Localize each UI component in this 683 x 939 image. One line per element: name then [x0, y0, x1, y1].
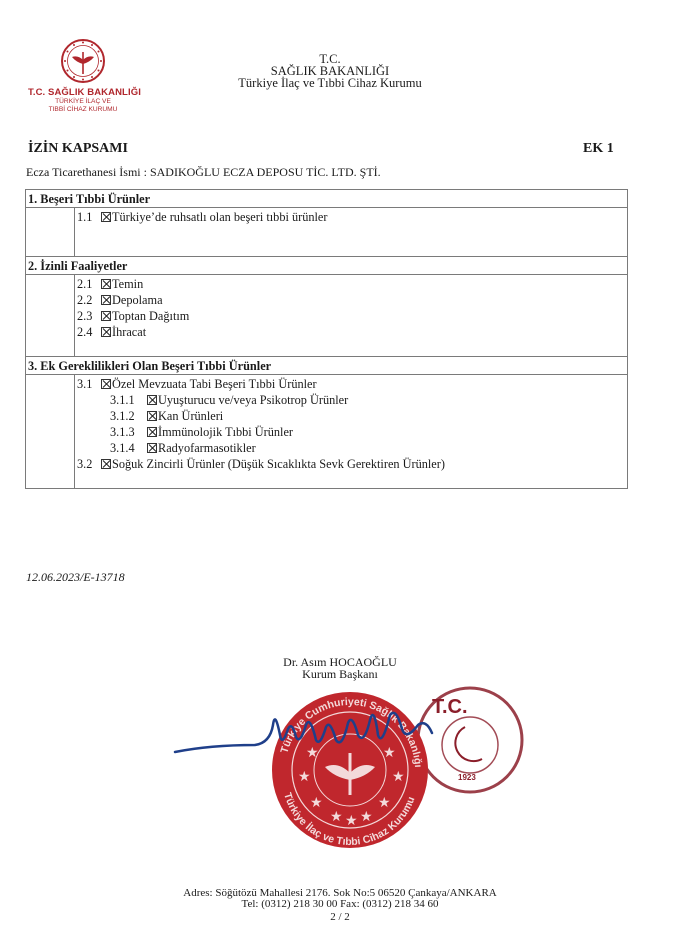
checked-box-icon — [147, 427, 157, 437]
main-seal-icon: ★★ ★★ ★★ ★★ ★ Türkiye Cumhuriyeti Sağlık… — [272, 692, 428, 848]
svg-text:★: ★ — [298, 768, 311, 784]
checked-box-icon — [147, 443, 157, 453]
checked-box-icon — [101, 279, 111, 289]
signer-title: Kurum Başkanı — [230, 668, 450, 680]
item-number: 3.1.1 — [110, 392, 147, 408]
company-line: Ecza Ticarethanesi İsmi : SADIKOĞLU ECZA… — [26, 165, 381, 180]
seal-and-signature: T.C. 1923 ★★ ★★ ★★ ★★ ★ Türkiye Cumhuriy… — [170, 685, 530, 855]
logo-subtitle-1: TÜRKİYE İLAÇ VE — [28, 98, 138, 106]
checklist-item: 2.3Toptan Dağıtım — [77, 308, 627, 324]
item-number: 3.2 — [77, 456, 101, 472]
section-body: 2.1Temin2.2Depolama2.3Toptan Dağıtım2.4İ… — [26, 275, 627, 357]
checked-box-icon — [101, 311, 111, 321]
logo-subtitle-2: TIBBİ CİHAZ KURUMU — [28, 106, 138, 114]
item-label: Özel Mevzuata Tabi Beşeri Tıbbi Ürünler — [112, 376, 317, 392]
page-footer: Adres: Söğütözü Mahallesi 2176. Sok No:5… — [150, 888, 530, 923]
svg-text:★: ★ — [360, 808, 373, 824]
item-number: 3.1 — [77, 376, 101, 392]
footer-phone: Tel: (0312) 218 30 00 Fax: (0312) 218 34… — [150, 899, 530, 910]
document-title: İZİN KAPSAMI — [28, 141, 128, 157]
document-number: 12.06.2023/E-13718 — [26, 570, 125, 585]
checked-box-icon — [101, 459, 111, 469]
item-label: Toptan Dağıtım — [112, 308, 189, 324]
permit-scope-table: 1. Beşeri Tıbbi Ürünler 1.1Türkiye’de ru… — [25, 189, 628, 489]
section-body: 1.1Türkiye’de ruhsatlı olan beşeri tıbbi… — [26, 208, 627, 257]
item-label: Uyuşturucu ve/veya Psikotrop Ürünler — [158, 392, 348, 408]
checked-box-icon — [147, 395, 157, 405]
checked-box-icon — [101, 212, 111, 222]
checklist-item: 3.1.4Radyofarmasotikler — [77, 440, 627, 456]
item-number: 2.1 — [77, 276, 101, 292]
checked-box-icon — [101, 295, 111, 305]
letterhead: T.C. SAĞLIK BAKANLIĞI Türkiye İlaç ve Tı… — [200, 53, 460, 89]
ministry-logo: T.C. SAĞLIK BAKANLIĞI TÜRKİYE İLAÇ VE TI… — [28, 38, 138, 114]
checklist-item: 3.1.1Uyuşturucu ve/veya Psikotrop Ürünle… — [77, 392, 627, 408]
item-number: 3.1.4 — [110, 440, 147, 456]
svg-text:★: ★ — [330, 808, 343, 824]
svg-text:★: ★ — [306, 744, 319, 760]
item-label: İmmünolojik Tıbbi Ürünler — [158, 424, 293, 440]
item-label: İhracat — [112, 324, 146, 340]
item-label: Kan Ürünleri — [158, 408, 223, 424]
section-heading: 3. Ek Gereklilikleri Olan Beşeri Tıbbi Ü… — [26, 357, 627, 375]
item-number: 3.1.2 — [110, 408, 147, 424]
checked-box-icon — [101, 327, 111, 337]
section-items: 3.1Özel Mevzuata Tabi Beşeri Tıbbi Ürünl… — [75, 375, 627, 488]
section-heading: 2. İzinli Faaliyetler — [26, 257, 627, 275]
item-label: Temin — [112, 276, 143, 292]
company-name: SADIKOĞLU ECZA DEPOSU TİC. LTD. ŞTİ. — [150, 165, 381, 179]
letterhead-line-3: Türkiye İlaç ve Tıbbi Cihaz Kurumu — [200, 77, 460, 89]
item-label: Depolama — [112, 292, 163, 308]
secondary-stamp-icon: T.C. 1923 — [418, 688, 522, 792]
ministry-caduceus-emblem-icon — [60, 38, 106, 84]
annex-label: EK 1 — [583, 141, 614, 157]
signer-block: Dr. Asım HOCAOĞLU Kurum Başkanı — [230, 656, 450, 680]
svg-text:★: ★ — [392, 768, 405, 784]
svg-text:★: ★ — [378, 794, 391, 810]
section-heading: 1. Beşeri Tıbbi Ürünler — [26, 190, 627, 208]
checklist-item: 3.2Soğuk Zincirli Ürünler (Düşük Sıcaklı… — [77, 456, 627, 472]
checklist-item: 3.1Özel Mevzuata Tabi Beşeri Tıbbi Ürünl… — [77, 376, 627, 392]
svg-text:★: ★ — [345, 812, 358, 828]
checklist-item: 3.1.3İmmünolojik Tıbbi Ürünler — [77, 424, 627, 440]
item-number: 2.2 — [77, 292, 101, 308]
svg-text:★: ★ — [383, 744, 396, 760]
company-label: Ecza Ticarethanesi İsmi : — [26, 165, 147, 179]
logo-title: T.C. SAĞLIK BAKANLIĞI — [28, 87, 138, 98]
checklist-item: 1.1Türkiye’de ruhsatlı olan beşeri tıbbi… — [77, 209, 627, 225]
item-number: 2.3 — [77, 308, 101, 324]
checklist-item: 2.1Temin — [77, 276, 627, 292]
item-number: 3.1.3 — [110, 424, 147, 440]
section-items: 1.1Türkiye’de ruhsatlı olan beşeri tıbbi… — [75, 208, 627, 256]
section-body: 3.1Özel Mevzuata Tabi Beşeri Tıbbi Ürünl… — [26, 375, 627, 488]
svg-text:T.C.: T.C. — [432, 696, 468, 718]
section-items: 2.1Temin2.2Depolama2.3Toptan Dağıtım2.4İ… — [75, 275, 627, 356]
item-label: Soğuk Zincirli Ürünler (Düşük Sıcaklıkta… — [112, 456, 445, 472]
item-label: Radyofarmasotikler — [158, 440, 256, 456]
checklist-item: 2.4İhracat — [77, 324, 627, 340]
page-number: 2 / 2 — [150, 912, 530, 923]
checklist-item: 2.2Depolama — [77, 292, 627, 308]
item-number: 1.1 — [77, 209, 101, 225]
item-label: Türkiye’de ruhsatlı olan beşeri tıbbi ür… — [112, 209, 327, 225]
svg-text:1923: 1923 — [458, 773, 476, 782]
checked-box-icon — [101, 379, 111, 389]
svg-text:★: ★ — [310, 794, 323, 810]
checked-box-icon — [147, 411, 157, 421]
checklist-item: 3.1.2Kan Ürünleri — [77, 408, 627, 424]
item-number: 2.4 — [77, 324, 101, 340]
